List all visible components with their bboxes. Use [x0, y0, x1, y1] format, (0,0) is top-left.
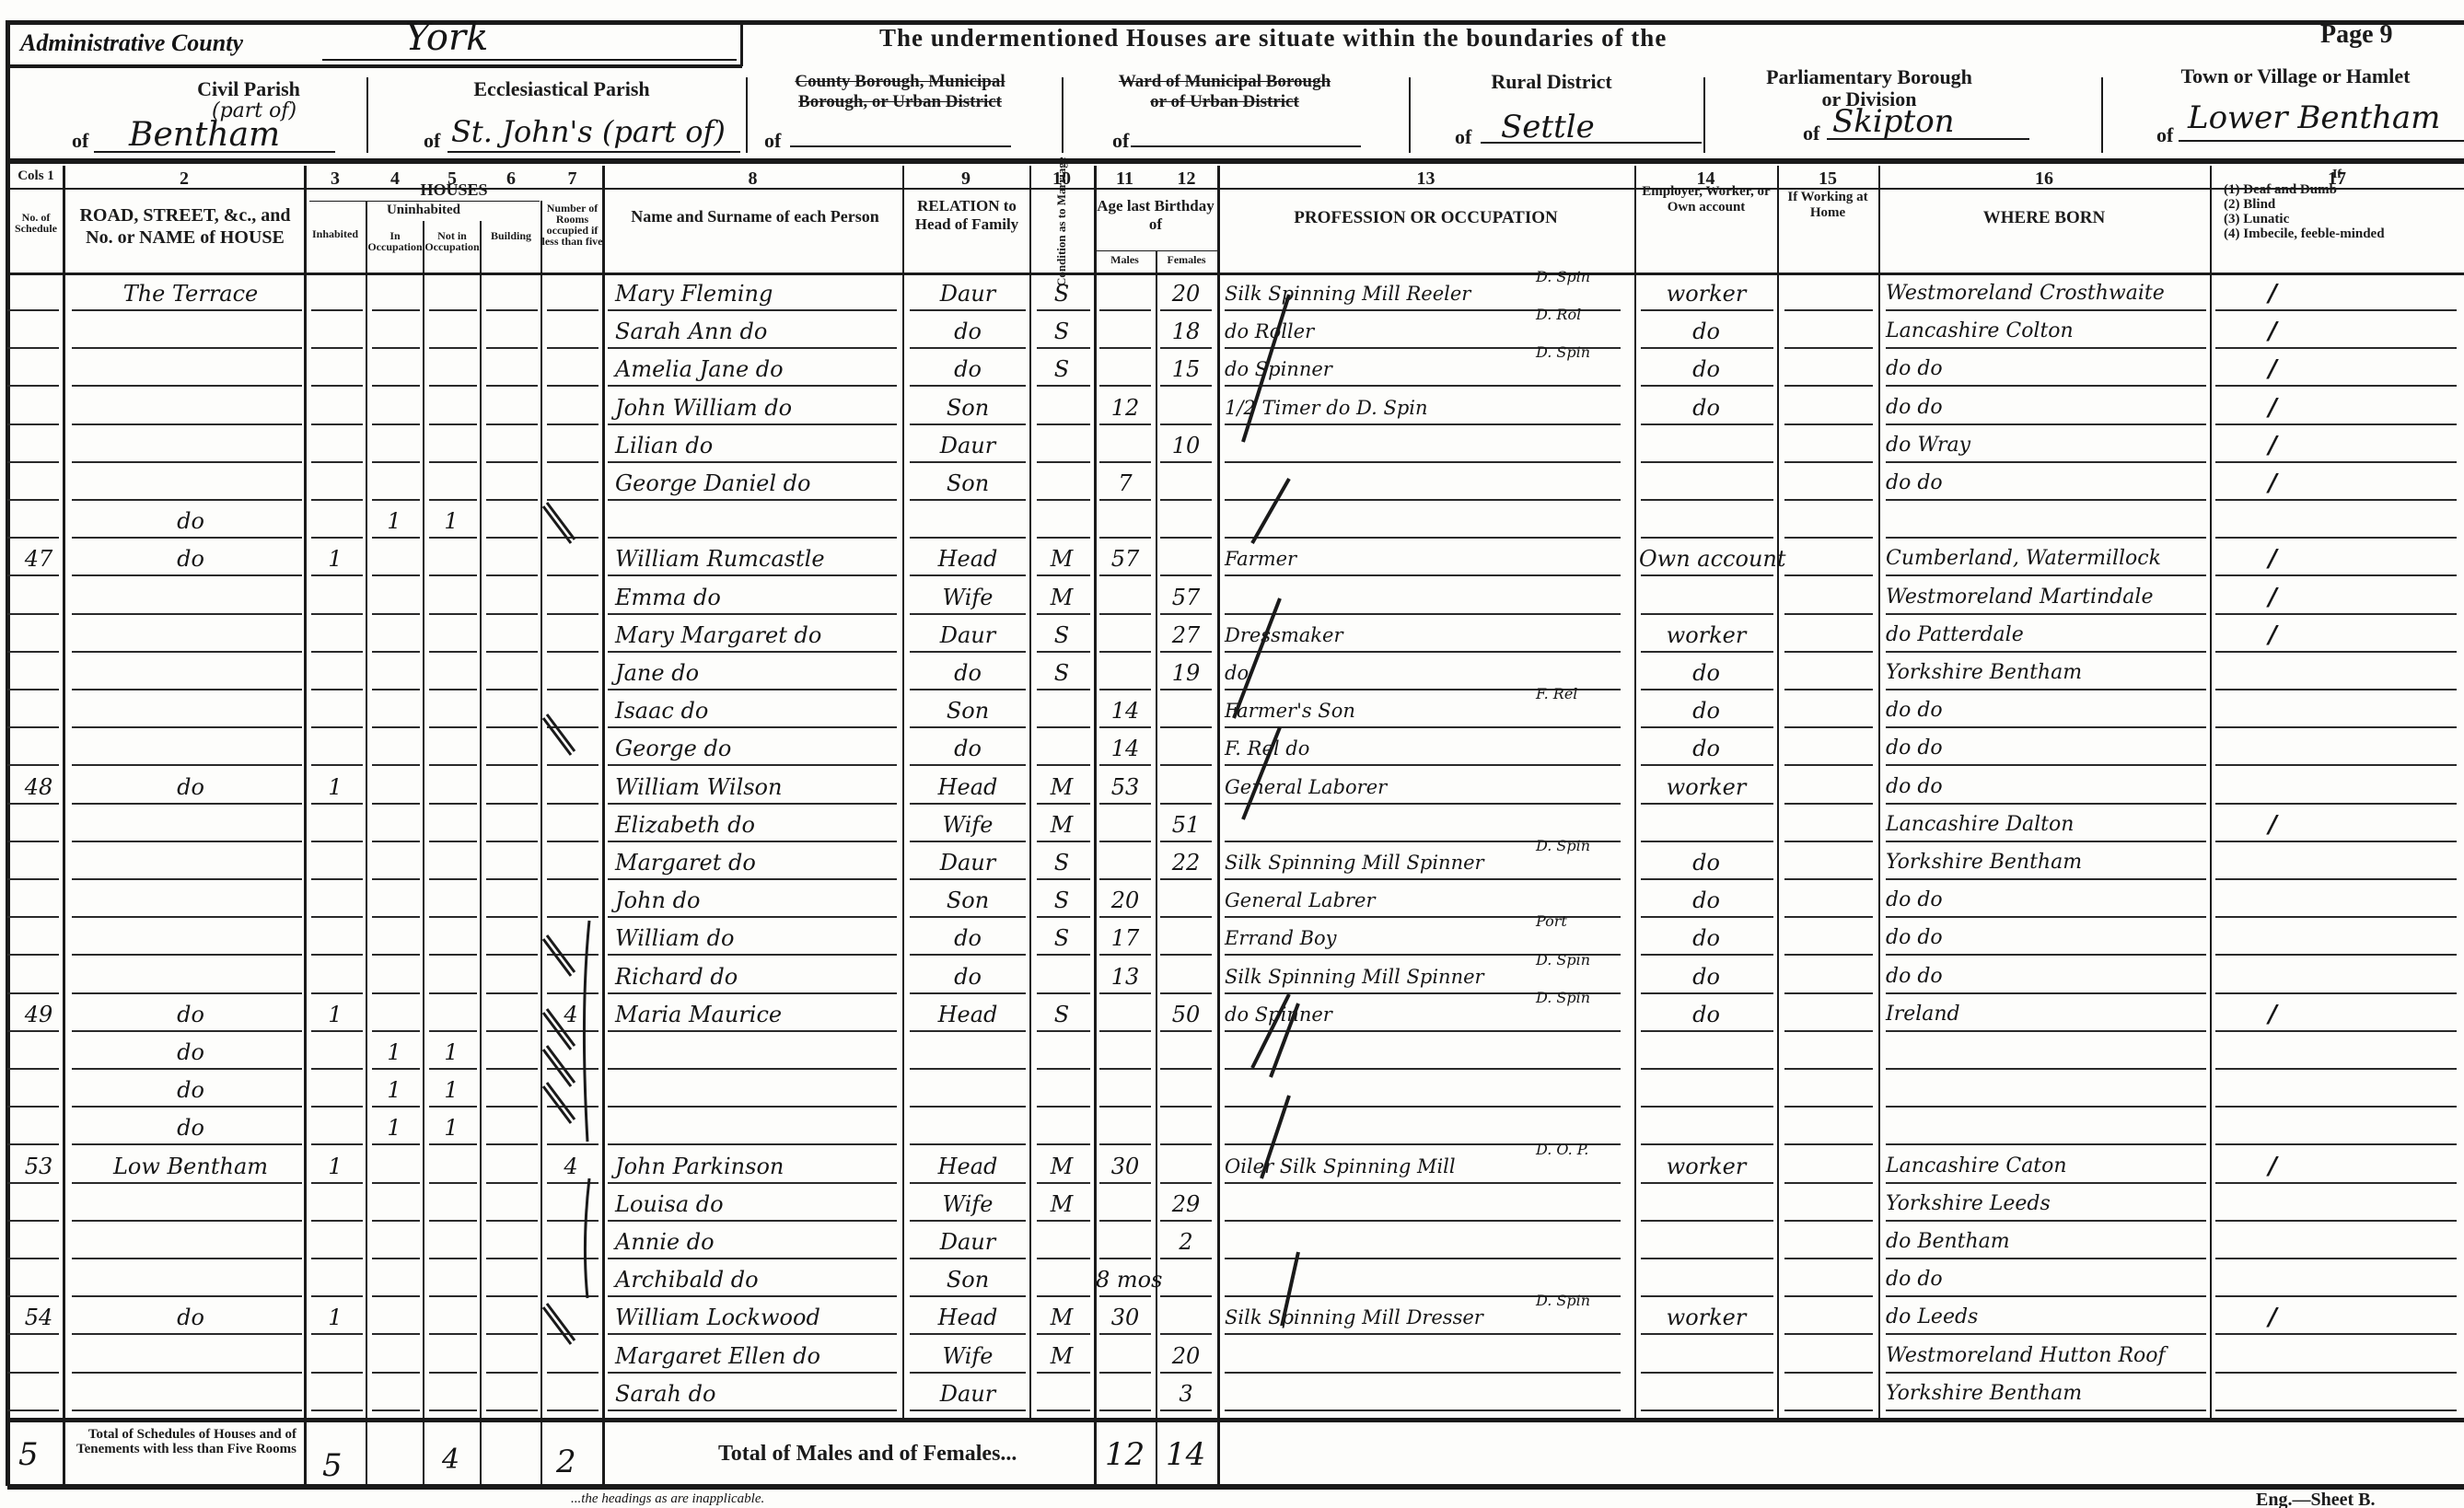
schedule-number — [13, 582, 64, 613]
row-underline — [1160, 1295, 1212, 1297]
row-underline — [486, 1030, 538, 1032]
infirmity-tick-mark: / — [2236, 999, 2309, 1030]
row-underline — [2215, 1220, 2457, 1222]
row-underline — [1641, 689, 1773, 690]
row-underline — [1886, 1258, 2206, 1259]
infirmity-tick-mark: / — [2236, 392, 2309, 423]
age-male: 30 — [1096, 1151, 1155, 1182]
row-underline — [1886, 1220, 2206, 1222]
of-label: of — [2156, 123, 2173, 147]
uninhabited-not-in-occupation — [424, 657, 479, 689]
marital-condition: M — [1031, 1340, 1092, 1372]
row-underline — [2215, 841, 2457, 842]
house-name: do — [76, 1302, 306, 1333]
row-underline — [486, 1409, 538, 1411]
row-underline — [311, 1220, 363, 1222]
row-underline — [1037, 423, 1090, 425]
row-underline — [486, 1258, 538, 1259]
occupation-code — [1536, 413, 1637, 445]
working-at-home — [1781, 468, 1873, 499]
row-underline — [2215, 689, 2457, 690]
where-born: do do — [1886, 392, 2210, 423]
row-underline — [72, 726, 302, 728]
uninhabited-in-occupation — [366, 809, 422, 841]
row-underline — [1099, 916, 1151, 918]
person-name: Emma do — [615, 582, 901, 613]
relation: Head — [906, 1151, 1029, 1182]
occupation-code — [1536, 603, 1637, 634]
row-underline — [486, 803, 538, 805]
inhabited — [306, 1378, 365, 1409]
relation: do — [906, 316, 1029, 347]
age-female: 27 — [1156, 620, 1215, 651]
infirmity-tick-mark — [2236, 1226, 2309, 1258]
row-underline — [486, 537, 538, 539]
header-lunatic: (3) Lunatic — [2224, 212, 2289, 226]
row-underline — [1886, 1295, 2206, 1297]
row-underline — [2215, 1409, 2457, 1411]
row-underline — [486, 916, 538, 918]
row-underline — [608, 309, 897, 311]
header-divider-5 — [1703, 77, 1705, 153]
employer-worker — [1639, 1378, 1773, 1409]
row-underline — [1784, 1295, 1873, 1297]
total-schedules: 5 — [18, 1436, 39, 1473]
occupation-code: D. Spin — [1536, 982, 1637, 1014]
row-underline — [311, 726, 363, 728]
row-underline — [1160, 1182, 1212, 1184]
row-underline — [1784, 803, 1873, 805]
house-name — [76, 1226, 306, 1258]
employer-worker — [1639, 430, 1773, 461]
uninhabited-not-in-occupation — [424, 1189, 479, 1220]
uninhabited-not-in-occupation — [424, 278, 479, 309]
schedule-number — [13, 354, 64, 385]
house-name — [76, 1264, 306, 1295]
inhabited — [306, 392, 365, 423]
row-underline — [72, 1333, 302, 1335]
person-name: John Parkinson — [615, 1151, 901, 1182]
age-female — [1156, 885, 1215, 916]
inhabited — [306, 922, 365, 954]
employer-worker: do — [1639, 316, 1773, 347]
inhabited — [306, 620, 365, 651]
row-underline — [1641, 613, 1773, 615]
inhabited — [306, 582, 365, 613]
occupation-code — [1536, 793, 1637, 824]
house-name: The Terrace — [76, 278, 306, 309]
schedule-number — [13, 922, 64, 954]
row-underline — [1641, 1258, 1773, 1259]
row-underline — [372, 461, 420, 463]
row-underline — [486, 841, 538, 842]
row-underline — [1160, 878, 1212, 880]
building — [481, 1340, 540, 1372]
row-underline — [311, 954, 363, 956]
row-underline — [1784, 423, 1873, 425]
schedule-number — [13, 961, 64, 992]
house-name — [76, 468, 306, 499]
uninhabited-in-occupation — [366, 620, 422, 651]
county-borough-underline — [790, 145, 1011, 147]
row-underline — [1886, 574, 2206, 576]
row-underline — [311, 574, 363, 576]
row-underline — [910, 803, 1026, 805]
row-underline — [372, 499, 420, 501]
admin-county-value: York — [405, 17, 488, 59]
row-underline — [2215, 954, 2457, 956]
parliamentary-label-1: Parliamentary Borough — [1713, 66, 2026, 88]
marital-condition: S — [1031, 278, 1092, 309]
row-underline — [910, 537, 1026, 539]
row-underline — [486, 347, 538, 349]
working-at-home — [1781, 1302, 1873, 1333]
header-if: If — [2210, 168, 2464, 182]
infirmity-tick-mark: / — [2236, 278, 2309, 309]
age-male — [1096, 354, 1155, 385]
row-underline — [7, 1030, 59, 1032]
row-underline — [1160, 461, 1212, 463]
row-underline — [1099, 803, 1151, 805]
inhabited — [306, 847, 365, 878]
row-underline — [486, 1333, 538, 1335]
infirmity-tick-mark — [2236, 847, 2309, 878]
row-underline — [1784, 385, 1873, 387]
building — [481, 1151, 540, 1182]
row-underline — [1784, 309, 1873, 311]
working-at-home — [1781, 430, 1873, 461]
occupation-code — [1536, 451, 1637, 482]
infirmity-tick-mark — [2236, 1074, 2309, 1106]
row-underline — [1641, 309, 1773, 311]
row-underline — [1037, 537, 1090, 539]
person-name: Sarah do — [615, 1378, 901, 1409]
working-at-home — [1781, 1340, 1873, 1372]
employer-worker — [1639, 1264, 1773, 1295]
row-underline — [486, 574, 538, 576]
row-underline — [1641, 841, 1773, 842]
house-name — [76, 922, 306, 954]
where-born: Yorkshire Bentham — [1886, 847, 2210, 878]
marital-condition: M — [1031, 582, 1092, 613]
inhabited: 1 — [306, 1302, 365, 1333]
row-underline — [7, 954, 59, 956]
row-underline — [1099, 1295, 1151, 1297]
working-at-home — [1781, 847, 1873, 878]
row-underline — [1784, 613, 1873, 615]
uninhabited-in-occupation — [366, 468, 422, 499]
row-underline — [1160, 651, 1212, 653]
header-building: Building — [481, 230, 541, 241]
header-blind: (2) Blind — [2224, 197, 2275, 212]
uninhabited-not-in-occupation — [424, 695, 479, 726]
age-male — [1096, 1112, 1155, 1143]
row-underline — [429, 309, 477, 311]
row-underline — [910, 992, 1026, 994]
relation: Wife — [906, 1340, 1029, 1372]
uninhabited-in-occupation — [366, 999, 422, 1030]
occupation-code: Port — [1536, 906, 1637, 937]
row-underline — [1037, 1372, 1090, 1374]
occupation-code — [1536, 716, 1637, 748]
row-underline — [608, 1372, 897, 1374]
row-underline — [429, 803, 477, 805]
employer-worker: do — [1639, 695, 1773, 726]
row-underline — [1784, 689, 1873, 690]
infirmity-tick-mark: / — [2236, 1302, 2309, 1333]
row-underline — [7, 309, 59, 311]
building — [481, 1037, 540, 1068]
row-underline — [311, 1295, 363, 1297]
row-underline — [486, 499, 538, 501]
row-underline — [7, 726, 59, 728]
row-underline — [910, 1106, 1026, 1108]
row-underline — [372, 1030, 420, 1032]
row-underline — [1641, 878, 1773, 880]
of-label: of — [1112, 129, 1129, 153]
building — [481, 1302, 540, 1333]
infirmity-tick-mark: / — [2236, 468, 2309, 499]
where-born: do do — [1886, 771, 2210, 803]
header-uninhabited: Uninhabited — [366, 203, 481, 218]
row-underline — [910, 574, 1026, 576]
house-name: Low Bentham — [76, 1151, 306, 1182]
employer-worker: do — [1639, 999, 1773, 1030]
row-underline — [486, 1182, 538, 1184]
row-underline — [72, 1258, 302, 1259]
header-imbecile: (4) Imbecile, feeble-minded — [2224, 226, 2454, 241]
row-underline — [1037, 1409, 1090, 1411]
age-female — [1156, 771, 1215, 803]
admin-county-bottom-rule — [6, 64, 742, 68]
row-underline — [1037, 1333, 1090, 1335]
occupation-code: F. Rel — [1536, 679, 1637, 710]
row-underline — [1099, 347, 1151, 349]
row-underline — [1037, 764, 1090, 766]
row-underline — [7, 537, 59, 539]
infirmity-tick-mark — [2236, 961, 2309, 992]
working-at-home — [1781, 1037, 1873, 1068]
relation: Wife — [906, 809, 1029, 841]
row-underline — [1099, 878, 1151, 880]
header-occupation: PROFESSION OR OCCUPATION — [1217, 208, 1634, 228]
row-underline — [1641, 574, 1773, 576]
row-underline — [1099, 841, 1151, 842]
row-underline — [429, 726, 477, 728]
row-underline — [910, 1143, 1026, 1145]
row-underline — [1886, 954, 2206, 956]
row-underline — [910, 613, 1026, 615]
row-underline — [429, 385, 477, 387]
row-underline — [1886, 423, 2206, 425]
uninhabited-in-occupation — [366, 961, 422, 992]
marital-condition — [1031, 1264, 1092, 1295]
uninhabited-not-in-occupation — [424, 1378, 479, 1409]
working-at-home — [1781, 771, 1873, 803]
row-underline — [1784, 954, 1873, 956]
row-underline — [1886, 347, 2206, 349]
row-underline — [311, 347, 363, 349]
colnum-13: 13 — [1217, 168, 1634, 187]
row-underline — [910, 1333, 1026, 1335]
row-underline — [2215, 1106, 2457, 1108]
row-underline — [1160, 803, 1212, 805]
age-male — [1096, 620, 1155, 651]
row-underline — [72, 461, 302, 463]
age-male — [1096, 1037, 1155, 1068]
row-underline — [429, 651, 477, 653]
totals-bottom-rule — [7, 1484, 2464, 1490]
colnum-2: 2 — [64, 168, 304, 187]
houses-rule — [309, 201, 540, 202]
row-underline — [910, 1409, 1026, 1411]
row-underline — [1886, 992, 2206, 994]
row-underline — [72, 992, 302, 994]
row-underline — [486, 992, 538, 994]
row-underline — [910, 1372, 1026, 1374]
row-underline — [429, 1333, 477, 1335]
schedule-number: 48 — [13, 771, 64, 803]
of-label: of — [1455, 125, 1471, 149]
person-name: Elizabeth do — [615, 809, 901, 841]
relation: Daur — [906, 620, 1029, 651]
row-underline — [7, 1333, 59, 1335]
row-underline — [486, 689, 538, 690]
row-underline — [486, 726, 538, 728]
employer-worker — [1639, 468, 1773, 499]
row-underline — [72, 764, 302, 766]
house-name: do — [76, 505, 306, 537]
age-female: 15 — [1156, 354, 1215, 385]
relation: Son — [906, 392, 1029, 423]
person-name — [615, 1112, 901, 1143]
row-underline — [2215, 726, 2457, 728]
row-underline — [910, 385, 1026, 387]
row-underline — [486, 1068, 538, 1070]
person-name: Archibald do — [615, 1264, 901, 1295]
row-underline — [486, 764, 538, 766]
row-underline — [2215, 1333, 2457, 1335]
row-underline — [72, 954, 302, 956]
age-male — [1096, 1074, 1155, 1106]
relation — [906, 505, 1029, 537]
where-born: Cumberland, Watermillock — [1886, 543, 2210, 574]
age-female — [1156, 392, 1215, 423]
where-born — [1886, 1037, 2210, 1068]
rural-district-value: Settle — [1501, 109, 1595, 145]
schedule-number — [13, 505, 64, 537]
age-male: 12 — [1096, 392, 1155, 423]
row-underline — [2215, 1030, 2457, 1032]
working-at-home — [1781, 1112, 1873, 1143]
uninhabited-not-in-occupation — [424, 999, 479, 1030]
row-underline — [7, 651, 59, 653]
row-underline — [910, 309, 1026, 311]
age-female — [1156, 1074, 1215, 1106]
of-label: of — [764, 129, 781, 153]
colnum-3: 3 — [304, 168, 366, 187]
uninhabited-not-in-occupation: 1 — [424, 1037, 479, 1068]
row-underline — [1641, 1143, 1773, 1145]
working-at-home — [1781, 1151, 1873, 1182]
uninhabited-in-occupation — [366, 1340, 422, 1372]
row-underline — [311, 1372, 363, 1374]
infirmity-tick-mark — [2236, 922, 2309, 954]
row-underline — [1886, 1409, 2206, 1411]
row-underline — [1784, 1106, 1873, 1108]
ward-label-1: Ward of Municipal Borough — [1068, 72, 1381, 92]
schedule-number — [13, 468, 64, 499]
building — [481, 278, 540, 309]
schedule-number — [13, 1112, 64, 1143]
totals-label: Total of Schedules of Houses and of Tene… — [76, 1427, 296, 1456]
row-underline — [429, 347, 477, 349]
age-female — [1156, 695, 1215, 726]
infirmity-tick-mark — [2236, 1340, 2309, 1372]
row-underline — [2215, 878, 2457, 880]
infirmity-tick-mark: / — [2236, 316, 2309, 347]
uninhabited-not-in-occupation — [424, 961, 479, 992]
colnum-15: 15 — [1777, 168, 1878, 187]
row-underline — [1099, 992, 1151, 994]
civil-parish-underline — [94, 151, 335, 153]
row-underline — [910, 689, 1026, 690]
working-at-home — [1781, 1378, 1873, 1409]
schedule-number — [13, 278, 64, 309]
inhabited — [306, 505, 365, 537]
ecclesiastical-parish-value: St. John's (part of) — [451, 114, 726, 149]
where-born: do Bentham — [1886, 1226, 2210, 1258]
row-underline — [1099, 1220, 1151, 1222]
infirmity-tick-mark: / — [2236, 620, 2309, 651]
header-road-street: ROAD, STREET, &c., and No. or NAME of HO… — [69, 204, 301, 249]
intro-text: The undermentioned Houses are situate wi… — [879, 24, 1667, 52]
row-underline — [311, 1106, 363, 1108]
occupation-code — [1536, 376, 1637, 407]
person-name: William do — [615, 922, 901, 954]
person-name — [615, 505, 901, 537]
marital-condition — [1031, 1037, 1092, 1068]
row-underline — [1886, 726, 2206, 728]
row-underline — [1641, 499, 1773, 501]
row-underline — [1037, 461, 1090, 463]
total-females: 14 — [1166, 1436, 1205, 1473]
working-at-home — [1781, 733, 1873, 764]
row-underline — [2215, 1182, 2457, 1184]
house-name — [76, 1189, 306, 1220]
row-underline — [608, 385, 897, 387]
occupation-code — [1536, 565, 1637, 597]
row-underline — [1784, 916, 1873, 918]
row-underline — [1099, 537, 1151, 539]
inhabited — [306, 1112, 365, 1143]
person-name: Sarah Ann do — [615, 316, 901, 347]
row-underline — [1784, 1068, 1873, 1070]
row-underline — [608, 537, 897, 539]
row-underline — [1641, 1409, 1773, 1411]
building — [481, 771, 540, 803]
age-male: 14 — [1096, 733, 1155, 764]
row-underline — [608, 613, 897, 615]
relation: do — [906, 733, 1029, 764]
marital-condition: M — [1031, 1302, 1092, 1333]
house-name — [76, 392, 306, 423]
row-underline — [311, 992, 363, 994]
infirmity-tick-mark: / — [2236, 354, 2309, 385]
row-underline — [429, 574, 477, 576]
row-underline — [1160, 1220, 1212, 1222]
row-underline — [1160, 1258, 1212, 1259]
